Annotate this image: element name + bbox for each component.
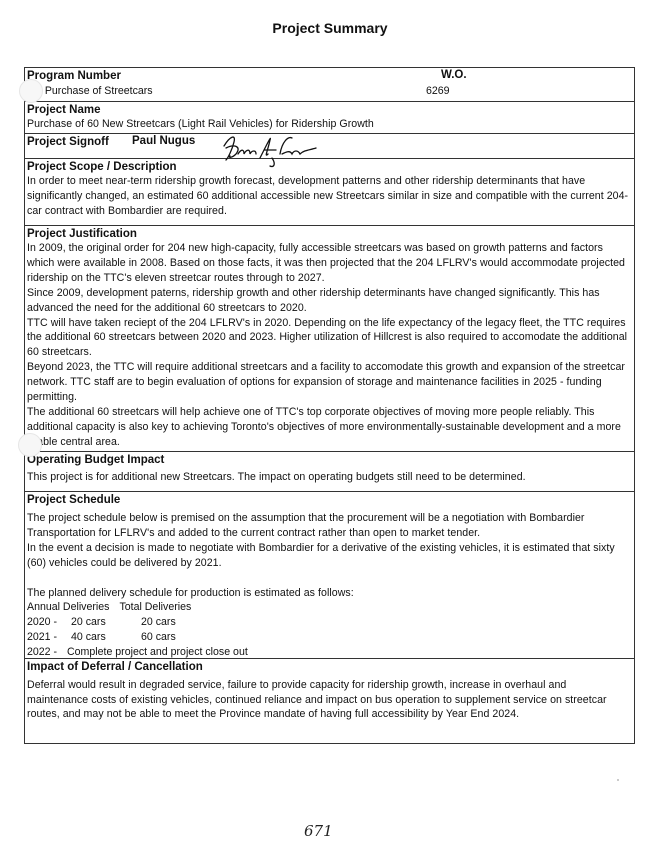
operating-budget-section: Operating Budget Impact This project is … — [25, 452, 634, 492]
project-name-label: Project Name — [25, 102, 634, 117]
project-signoff-label: Project Signoff — [25, 134, 634, 149]
punch-hole-mark — [19, 79, 43, 103]
project-name-value: Purchase of 60 New Streetcars (Light Rai… — [25, 117, 634, 132]
project-justification-label: Project Justification — [25, 226, 634, 241]
impact-of-deferral-section: Impact of Deferral / Cancellation Deferr… — [25, 659, 634, 745]
justification-paragraph: In 2009, the original order for 204 new … — [27, 241, 630, 286]
project-signoff-section: Project Signoff Paul Nugus — [25, 134, 634, 159]
punch-hole-mark — [18, 433, 42, 457]
total-deliveries: 20 cars — [141, 615, 176, 630]
operating-budget-label: Operating Budget Impact — [25, 452, 634, 467]
impact-of-deferral-text: Deferral would result in degraded servic… — [25, 674, 634, 722]
justification-paragraph: The additional 60 streetcars will help a… — [27, 405, 630, 450]
program-number-label: Program Number — [25, 68, 634, 83]
project-schedule-text: The project schedule below is premised o… — [25, 507, 634, 600]
table-row: 2020 - 20 cars 20 cars — [27, 615, 634, 630]
column-header-annual: Annual Deliveries — [27, 600, 109, 615]
total-deliveries: 60 cars — [141, 630, 176, 645]
project-schedule-label: Project Schedule — [25, 492, 634, 507]
justification-paragraph: Since 2009, development paterns, ridersh… — [27, 286, 630, 316]
justification-paragraph: TTC will have taken reciept of the 204 L… — [27, 316, 630, 361]
table-row: 2021 - 40 cars 60 cars — [27, 630, 634, 645]
project-justification-text: In 2009, the original order for 204 new … — [25, 241, 634, 450]
project-scope-text: In order to meet near-term ridership gro… — [25, 174, 634, 219]
annual-deliveries: 20 cars — [71, 615, 141, 630]
work-order-value: 6269 — [426, 85, 450, 97]
delivery-year: 2021 - — [27, 630, 71, 645]
delivery-year: 2020 - — [27, 615, 71, 630]
delivery-year: 2022 - — [27, 645, 67, 660]
project-justification-section: Project Justification In 2009, the origi… — [25, 226, 634, 452]
operating-budget-text: This project is for additional new Stree… — [25, 467, 634, 485]
impact-of-deferral-label: Impact of Deferral / Cancellation — [25, 659, 634, 674]
project-scope-section: Project Scope / Description In order to … — [25, 159, 634, 226]
project-name-section: Project Name Purchase of 60 New Streetca… — [25, 102, 634, 134]
page-title: Project Summary — [0, 20, 660, 36]
program-number-section: Program Number W.O. 3 Purchase of Street… — [25, 68, 634, 102]
signoff-name: Paul Nugus — [132, 135, 195, 147]
column-header-total: Total Deliveries — [119, 600, 191, 615]
annual-deliveries: 40 cars — [71, 630, 141, 645]
justification-paragraph: Beyond 2023, the TTC will require additi… — [27, 360, 630, 405]
closing-note: Complete project and project close out — [67, 645, 248, 660]
delivery-schedule-table: Annual Deliveries Total Deliveries 2020 … — [25, 600, 634, 660]
program-number-value: 3 Purchase of Streetcars — [36, 85, 153, 97]
project-scope-label: Project Scope / Description — [25, 159, 634, 174]
table-header-row: Annual Deliveries Total Deliveries — [27, 600, 634, 615]
work-order-label: W.O. — [441, 69, 467, 81]
schedule-paragraph: The project schedule below is premised o… — [27, 511, 630, 541]
schedule-paragraph: In the event a decision is made to negot… — [27, 541, 630, 571]
handwritten-page-number: 671 — [304, 822, 333, 840]
table-row: 2022 - Complete project and project clos… — [27, 645, 634, 660]
project-schedule-section: Project Schedule The project schedule be… — [25, 492, 634, 659]
project-summary-form: Program Number W.O. 3 Purchase of Street… — [24, 67, 635, 744]
scan-speck — [617, 779, 619, 781]
delivery-intro: The planned delivery schedule for produc… — [27, 586, 630, 601]
